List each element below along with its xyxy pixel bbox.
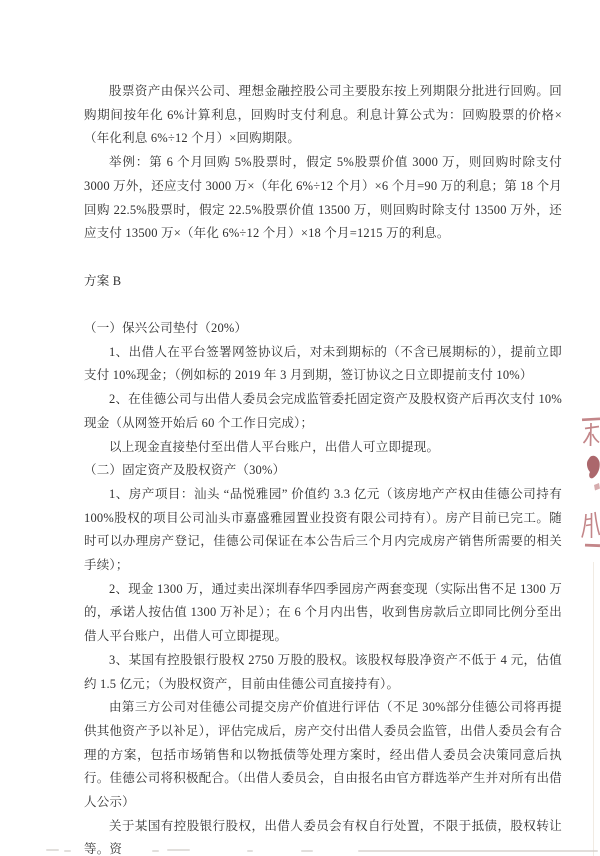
paragraph-second-payment: 2、在佳德公司与出借人委员会完成监管委托固定资产及股权资产后再次支付 10%现金… bbox=[84, 388, 562, 435]
scan-smudge bbox=[167, 849, 190, 851]
scan-smudge bbox=[46, 849, 59, 851]
paragraph-asset-cash: 2、现金 1300 万，通过卖出深圳春华四季园房产两套变现（实际出售不足 130… bbox=[84, 578, 562, 649]
plan-b-heading: 方案 B bbox=[84, 270, 562, 294]
paragraph-cash-withdraw-note: 以上现金直接垫付至出借人平台账户，出借人可立即提现。 bbox=[84, 436, 562, 460]
red-seal-icon bbox=[577, 413, 600, 553]
paragraph-repurchase-interest: 股票资产由保兴公司、理想金融控股公司主要股东按上列期限分批进行回购。回购期间按年… bbox=[84, 80, 562, 151]
scan-smudge bbox=[247, 850, 253, 852]
section-2-heading: （二）固定资产及股权资产（30%） bbox=[84, 459, 562, 483]
scan-smudge bbox=[301, 850, 313, 852]
document-text-block: 股票资产由保兴公司、理想金融控股公司主要股东按上列期限分批进行回购。回购期间按年… bbox=[84, 80, 562, 856]
paragraph-valuation: 由第三方公司对佳德公司提交房产价值进行评估（不足 30%部分佳德公司将再提供其他… bbox=[84, 696, 562, 815]
paragraph-interest-example: 举例：第 6 个月回购 5%股票时，假定 5%股票价值 3000 万，则回购时除… bbox=[84, 151, 562, 246]
scan-smudge bbox=[152, 850, 159, 852]
paragraph-asset-property: 1、房产项目：汕头 “品悦雅园” 价值约 3.3 亿元（该房地产产权由佳德公司持… bbox=[84, 483, 562, 578]
paragraph-advance-payment: 1、出借人在平台签署网签协议后，对未到期标的（不含已展期标的），提前立即支付 1… bbox=[84, 341, 562, 388]
page-bottom-edge-line bbox=[358, 850, 598, 852]
paragraph-asset-bank-equity: 3、某国有控股银行股权 2750 万股的股权。该股权每股净资产不低于 4 元，估… bbox=[84, 649, 562, 696]
section-1-heading: （一）保兴公司垫付（20%） bbox=[84, 317, 562, 341]
document-page: 股票资产由保兴公司、理想金融控股公司主要股东按上列期限分批进行回购。回购期间按年… bbox=[0, 0, 600, 856]
red-seal-fragment bbox=[577, 413, 600, 553]
scan-smudge bbox=[64, 850, 71, 852]
page-right-edge-line bbox=[593, 562, 594, 856]
